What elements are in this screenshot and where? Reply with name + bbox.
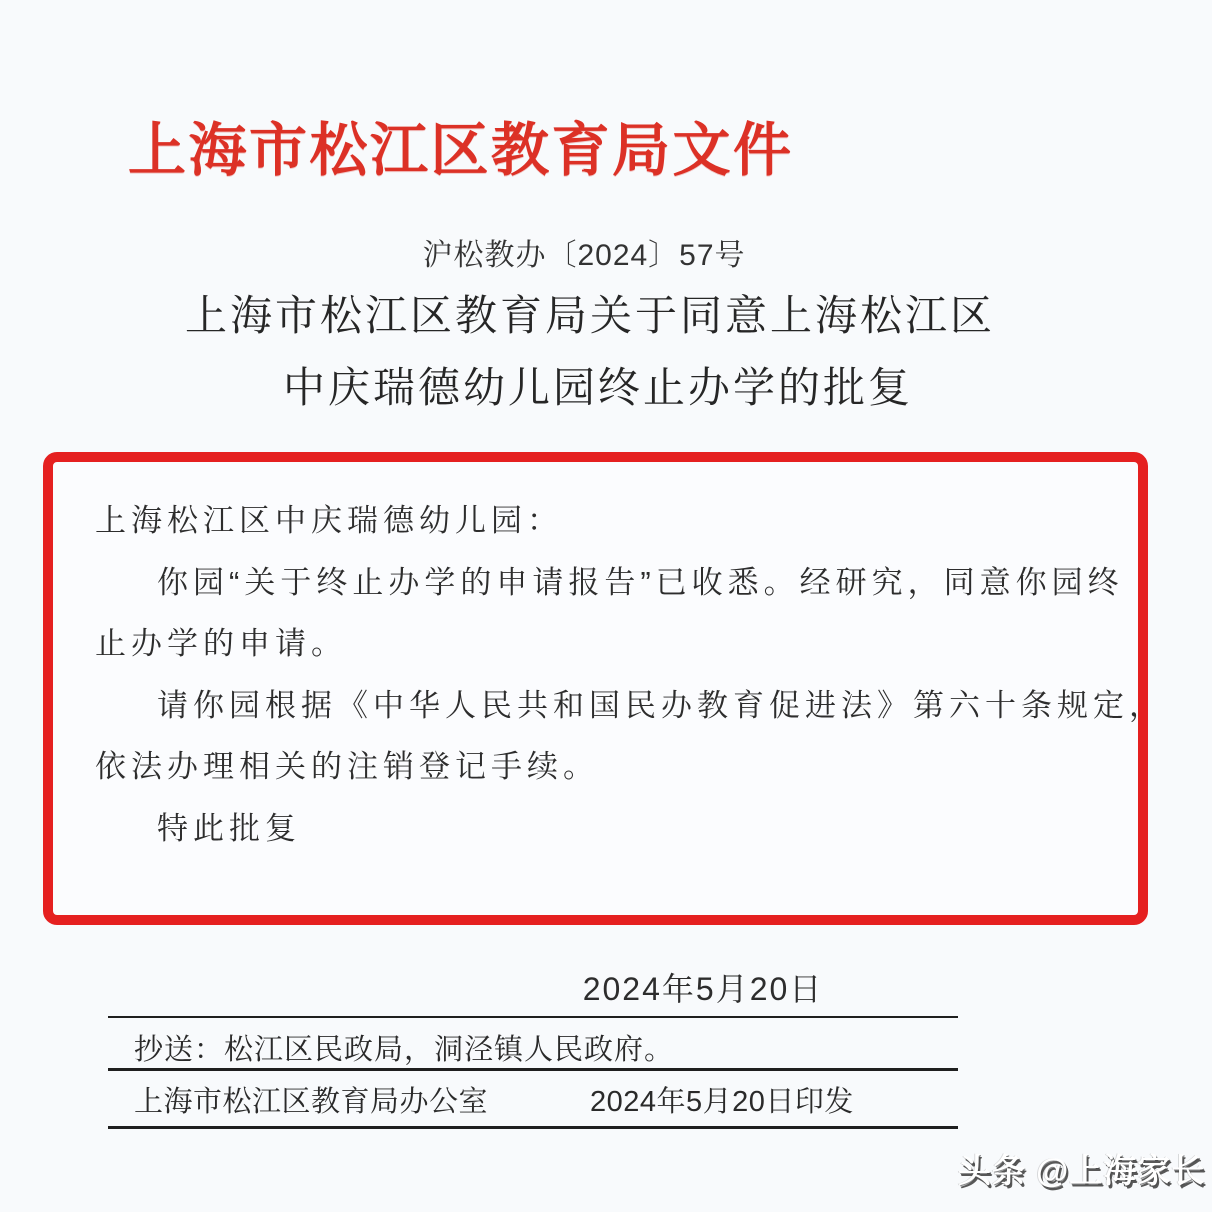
toutiao-watermark: 头条 @上海家长 xyxy=(958,1152,1205,1190)
body-paragraph-2-line-2: 依法办理相关的注销登记手续。 xyxy=(95,736,1102,798)
highlight-red-box: 上海松江区中庆瑞德幼儿园： 你园“关于终止办学的申请报告”已收悉。经研究，同意你… xyxy=(43,452,1148,925)
footer-issuing-office: 上海市松江区教育局办公室 xyxy=(134,1086,488,1119)
document-subject-line-1: 上海市松江区教育局关于同意上海松江区 xyxy=(185,292,995,340)
official-document-page: 上海市松江区教育局文件 沪松教办〔2024〕57号 上海市松江区教育局关于同意上… xyxy=(0,0,1212,1212)
agency-masthead-title: 上海市松江区教育局文件 xyxy=(128,120,794,182)
body-paragraph-1-line-1: 你园“关于终止办学的申请报告”已收悉。经研究，同意你园终 xyxy=(95,552,1102,614)
signoff-date: 2024年5月20日 xyxy=(583,971,824,1007)
document-subject-line-2: 中庆瑞德幼儿园终止办学的批复 xyxy=(283,364,913,412)
document-number: 沪松教办〔2024〕57号 xyxy=(422,238,745,274)
body-salutation: 上海松江区中庆瑞德幼儿园： xyxy=(95,490,1102,552)
body-paragraph-2-line-1: 请你园根据《中华人民共和国民办教育促进法》第六十条规定， xyxy=(95,675,1102,737)
body-closing-phrase: 特此批复 xyxy=(95,798,1102,860)
body-paragraph-1-line-2: 止办学的申请。 xyxy=(95,613,1102,675)
footer-divider-bottom xyxy=(108,1126,958,1129)
footer-cc-line: 抄送：松江区民政局，洞泾镇人民政府。 xyxy=(134,1034,674,1067)
footer-print-date: 2024年5月20日印发 xyxy=(590,1086,854,1119)
footer-divider-top xyxy=(108,1016,958,1018)
footer-divider-middle xyxy=(108,1068,958,1071)
